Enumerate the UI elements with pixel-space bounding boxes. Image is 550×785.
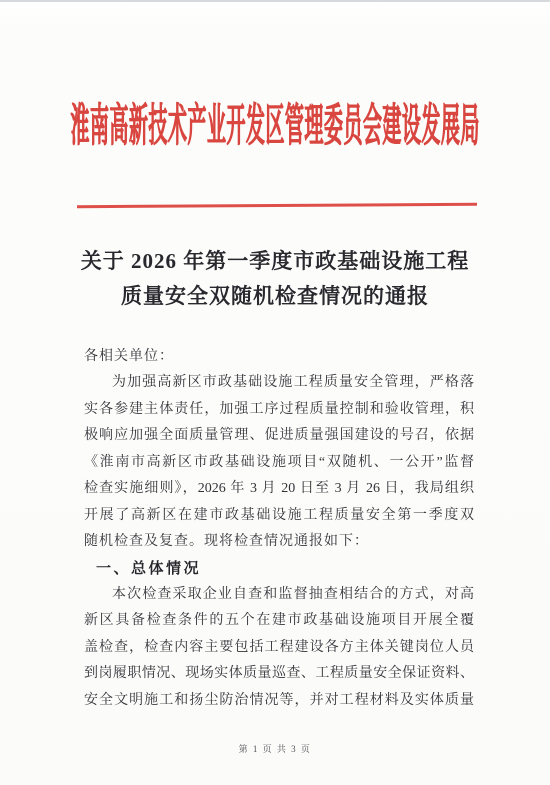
body-line: 随机检查及复查。现将检查情况通报如下：	[84, 529, 474, 555]
body-line: 为加强高新区市政基础设施工程质量安全管理，严格落	[84, 370, 474, 396]
document-title-line-2: 质量安全双随机检查情况的通报	[0, 279, 550, 314]
scan-edge-artifact	[0, 0, 550, 2]
body-line: 新区具备检查条件的五个在建市政基础设施项目开展全覆	[84, 608, 474, 634]
body-line: 实各参建主体责任，加强工序过程质量控制和验收管理，积	[84, 397, 474, 423]
body-line: 《淮南市高新区市政基础设施项目“双随机、一公开”监督	[84, 450, 474, 476]
body-line: 到岗履职情况、现场实体质量巡查、工程质量安全保证资料、	[84, 661, 474, 687]
document-page: 淮南高新技术产业开发区管理委员会建设发展局 关于 2026 年第一季度市政基础设…	[0, 0, 550, 785]
document-title-line-1: 关于 2026 年第一季度市政基础设施工程	[0, 244, 550, 279]
body-line: 检查实施细则》，2026 年 3 月 20 日至 3 月 26 日，我局组织	[84, 476, 474, 502]
document-body: 各相关单位：为加强高新区市政基础设施工程质量安全管理，严格落实各参建主体责任，加…	[84, 344, 474, 714]
body-line: 各相关单位：	[84, 344, 474, 370]
body-line: 盖检查，检查内容主要包括工程建设各方主体关键岗位人员	[84, 635, 474, 661]
section-heading: 一、总体情况	[84, 556, 474, 582]
document-title: 关于 2026 年第一季度市政基础设施工程 质量安全双随机检查情况的通报	[0, 244, 550, 314]
red-divider-line	[77, 203, 477, 208]
page-number: 第 1 页 共 3 页	[239, 744, 312, 754]
page-footer: 第 1 页 共 3 页	[0, 742, 550, 755]
body-line: 本次检查采取企业自查和监督抽查相结合的方式，对高	[84, 582, 474, 608]
body-line: 开展了高新区在建市政基础设施工程质量安全第一季度双	[84, 503, 474, 529]
agency-letterhead: 淮南高新技术产业开发区管理委员会建设发展局	[0, 91, 550, 118]
body-line: 极响应加强全面质量管理、促进质量强国建设的号召，依据	[84, 423, 474, 449]
agency-name: 淮南高新技术产业开发区管理委员会建设发展局	[70, 91, 480, 154]
body-line: 安全文明施工和扬尘防治情况等，并对工程材料及实体质量	[84, 688, 474, 714]
